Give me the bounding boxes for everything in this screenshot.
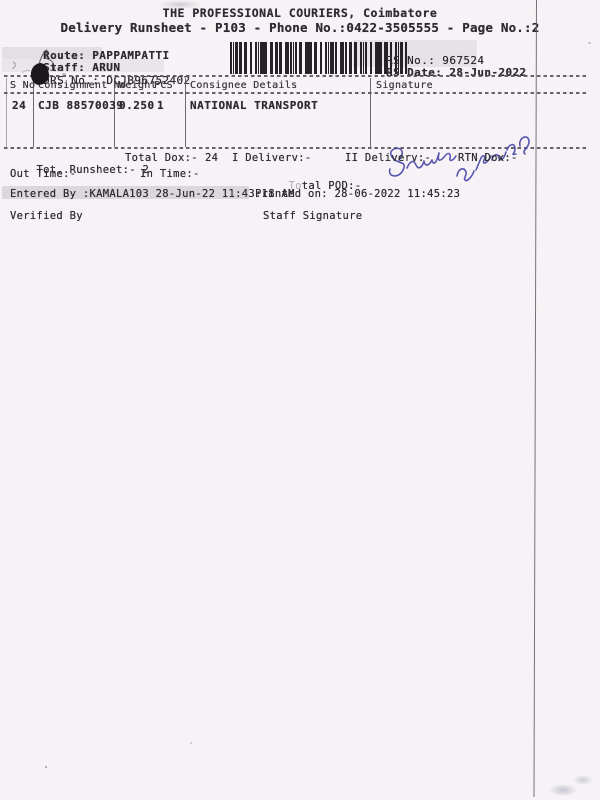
entered-by: Entered By :KAMALA103 28-Jun-22 11:43:18… — [10, 188, 295, 200]
scanned-delivery-runsheet: THE PROFESSIONAL COURIERS, Coimbatore De… — [0, 0, 600, 800]
table-border — [185, 78, 186, 147]
ii-delivery-label: II Deliverv:- — [345, 152, 431, 164]
printed-on: Printed on: 28-06-2022 11:45:23 — [255, 188, 460, 200]
table-border — [6, 78, 7, 147]
total-dox-label: Total Dox:- — [125, 152, 198, 164]
verified-by: Verified By — [10, 210, 83, 222]
handwritten-signature — [383, 92, 535, 154]
out-time-label: Out Time:- — [10, 168, 76, 180]
cell-weight: 0.250 — [119, 99, 155, 112]
cell-consignee: NATIONAL TRANSPORT — [190, 99, 318, 112]
i-delivery-label: I Deliverv:- — [232, 152, 311, 164]
col-header-weight: Weight — [119, 80, 157, 91]
cell-pcs: 1 — [157, 99, 164, 112]
scan-smudge — [158, 0, 202, 9]
total-dox-value: 24 — [205, 152, 218, 164]
scan-smudge — [543, 766, 598, 800]
dust-speck — [45, 766, 47, 768]
in-time-label: In Time:- — [140, 168, 200, 180]
dust-speck — [190, 742, 192, 744]
rs-date-value: 28-Jun-2022 — [449, 66, 526, 79]
table-border — [370, 78, 371, 147]
ink-blot — [8, 4, 92, 50]
col-header-signature: Signature — [376, 80, 433, 91]
col-header-pcs: PCS — [154, 80, 173, 91]
staff-signature-label: Staff Signature — [263, 210, 362, 222]
col-header-consignee: Consignee Details — [190, 80, 297, 91]
rtn-dox-label: RTN Dox:- — [458, 152, 518, 164]
dust-speck — [588, 42, 591, 44]
rs-date-label: RS Date: — [386, 66, 442, 79]
